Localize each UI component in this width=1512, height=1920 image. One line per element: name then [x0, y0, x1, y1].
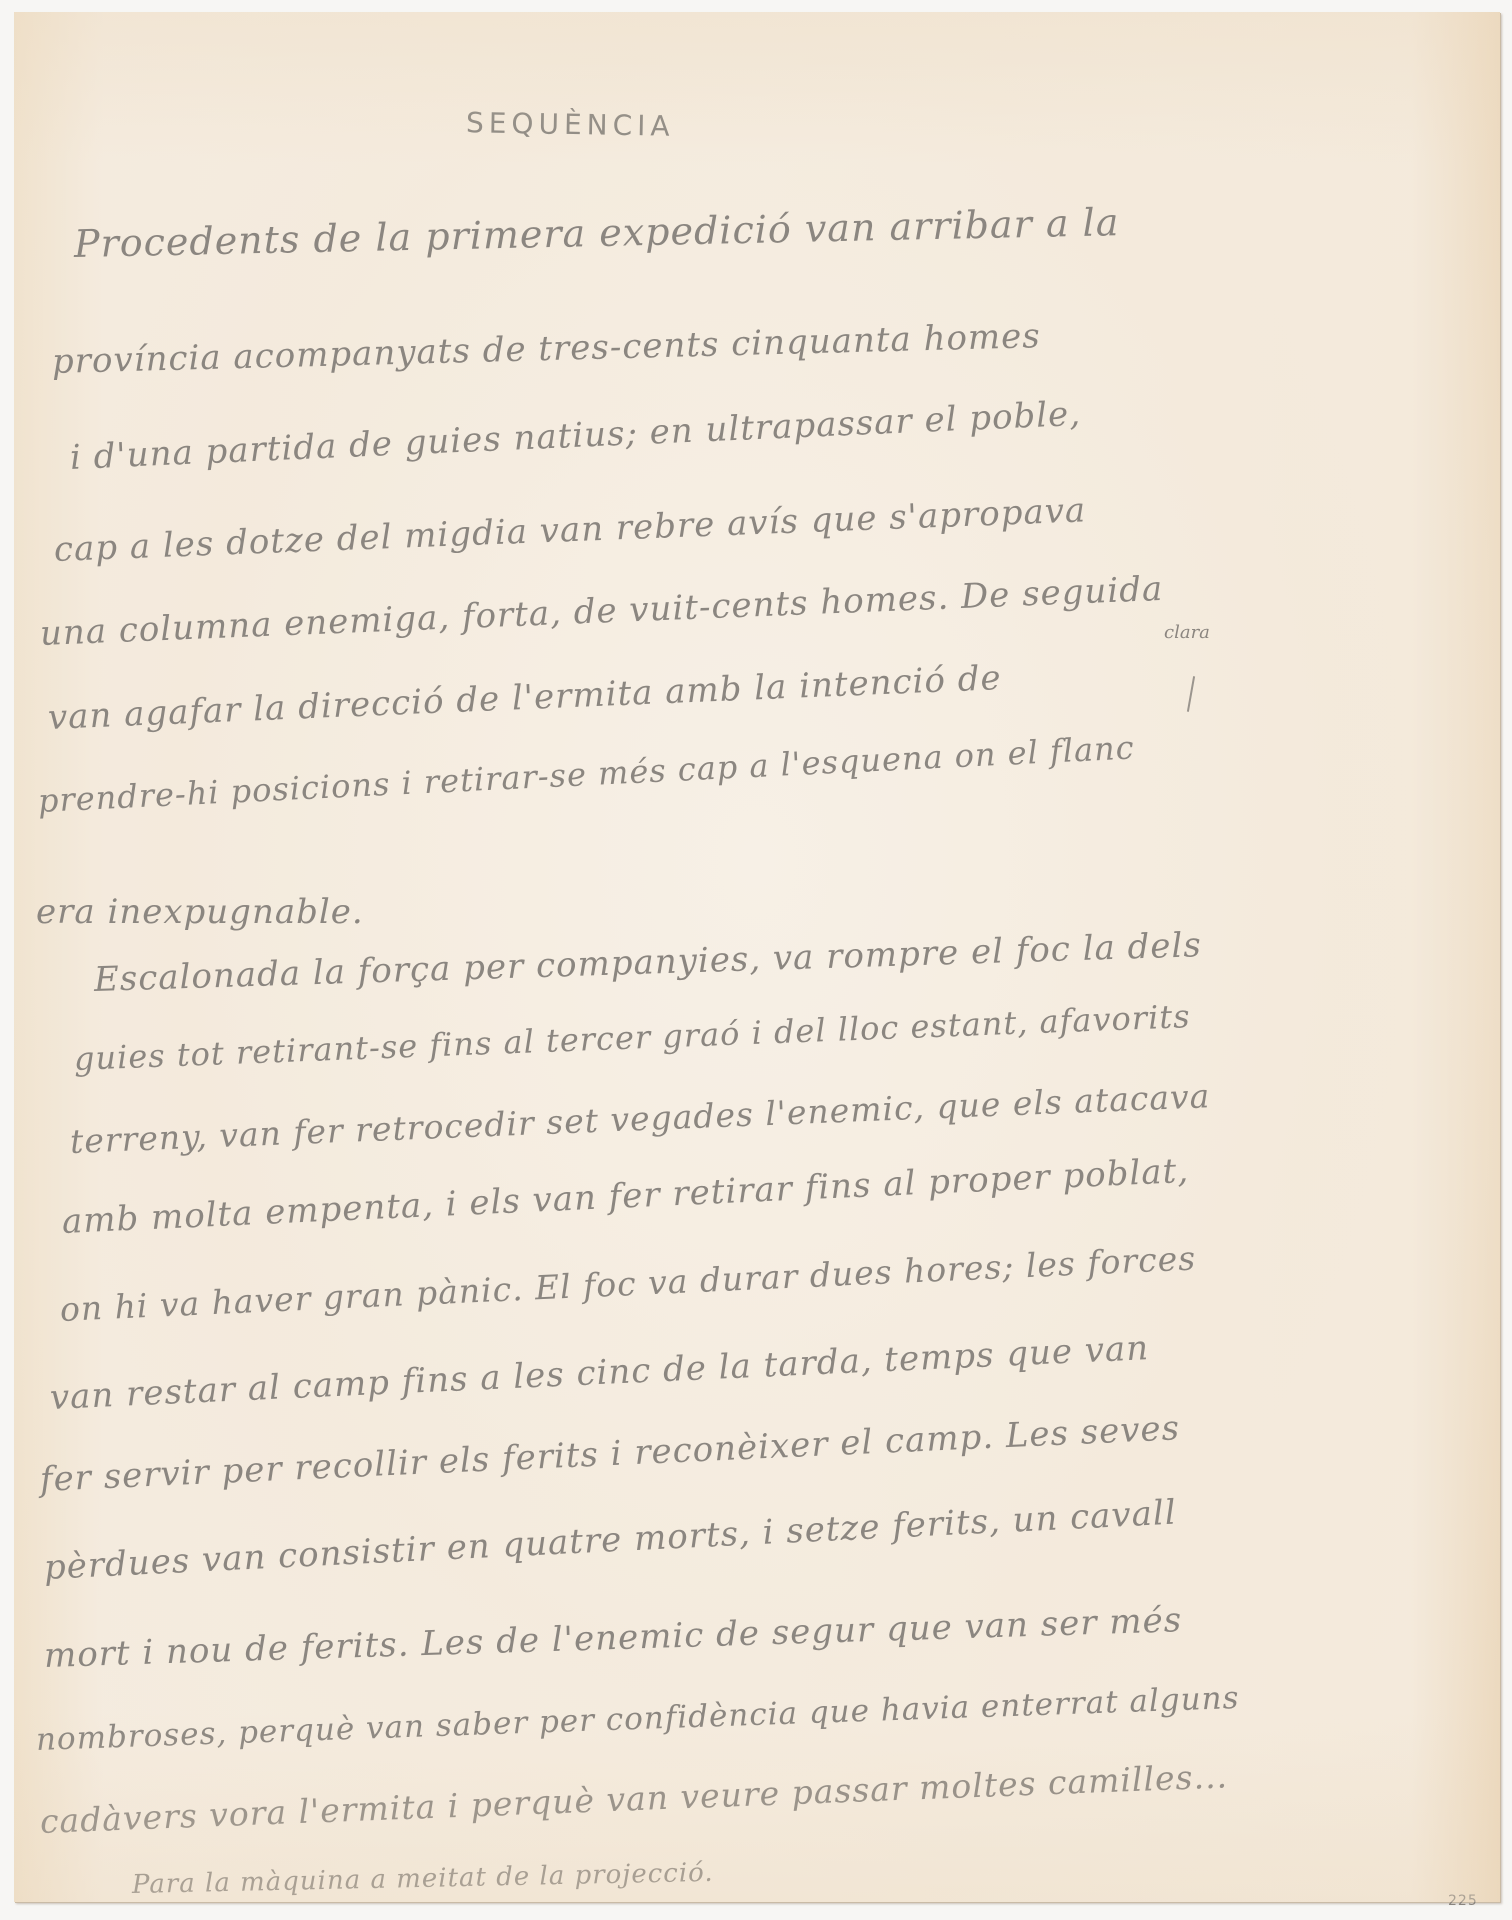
- manuscript-line: cadàvers vora l'ermita i perquè van veur…: [39, 1756, 1228, 1841]
- manuscript-line: Escalonada la força per companyies, va r…: [93, 925, 1202, 1000]
- manuscript-line: província acompanyats de tres-cents cinq…: [51, 316, 1041, 382]
- manuscript-line: cap a les dotze del migdia van rebre aví…: [53, 490, 1087, 570]
- insertion-mark: [1187, 676, 1195, 712]
- manuscript-line: prendre-hi posicions i retirar-se més ca…: [37, 728, 1135, 820]
- manuscript-line: era inexpugnable.: [36, 892, 364, 932]
- page-title: SEQUÈNCIA: [466, 106, 675, 143]
- manuscript-line: una columna enemiga, forta, de vuit-cent…: [39, 569, 1164, 654]
- manuscript-line: i d'una partida de guies natius; en ultr…: [69, 394, 1082, 478]
- manuscript-line: mort i nou de ferits. Les de l'enemic de…: [43, 1600, 1182, 1676]
- manuscript-line: amb molta empenta, i els van fer retirar…: [61, 1151, 1190, 1242]
- insertion-note: clara: [1164, 622, 1210, 643]
- manuscript-line: on hi va haver gran pànic. El foc va dur…: [59, 1238, 1197, 1329]
- manuscript-line: Procedents de la primera expedició van a…: [74, 200, 1120, 266]
- manuscript-line: fer servir per recollir els ferits i rec…: [39, 1408, 1181, 1500]
- manuscript-line: van restar al camp fins a les cinc de la…: [49, 1328, 1150, 1418]
- manuscript-line: van agafar la direcció de l'ermita amb l…: [47, 658, 1002, 738]
- page-number: 225: [1448, 1893, 1478, 1909]
- scanned-page: SEQUÈNCIA Procedents de la primera exped…: [0, 0, 1512, 1920]
- manuscript-line: guies tot retirant-se fins al tercer gra…: [73, 997, 1191, 1078]
- manuscript-line: nombroses, perquè van saber per confidèn…: [35, 1680, 1240, 1758]
- manuscript-line: terreny, van fer retrocedir set vegades …: [69, 1076, 1211, 1161]
- manuscript-sheet: SEQUÈNCIA Procedents de la primera exped…: [14, 12, 1500, 1902]
- manuscript-line: pèrdues van consistir en quatre morts, i…: [43, 1493, 1177, 1588]
- manuscript-line: Para la màquina a meitat de la projecció…: [132, 1858, 714, 1900]
